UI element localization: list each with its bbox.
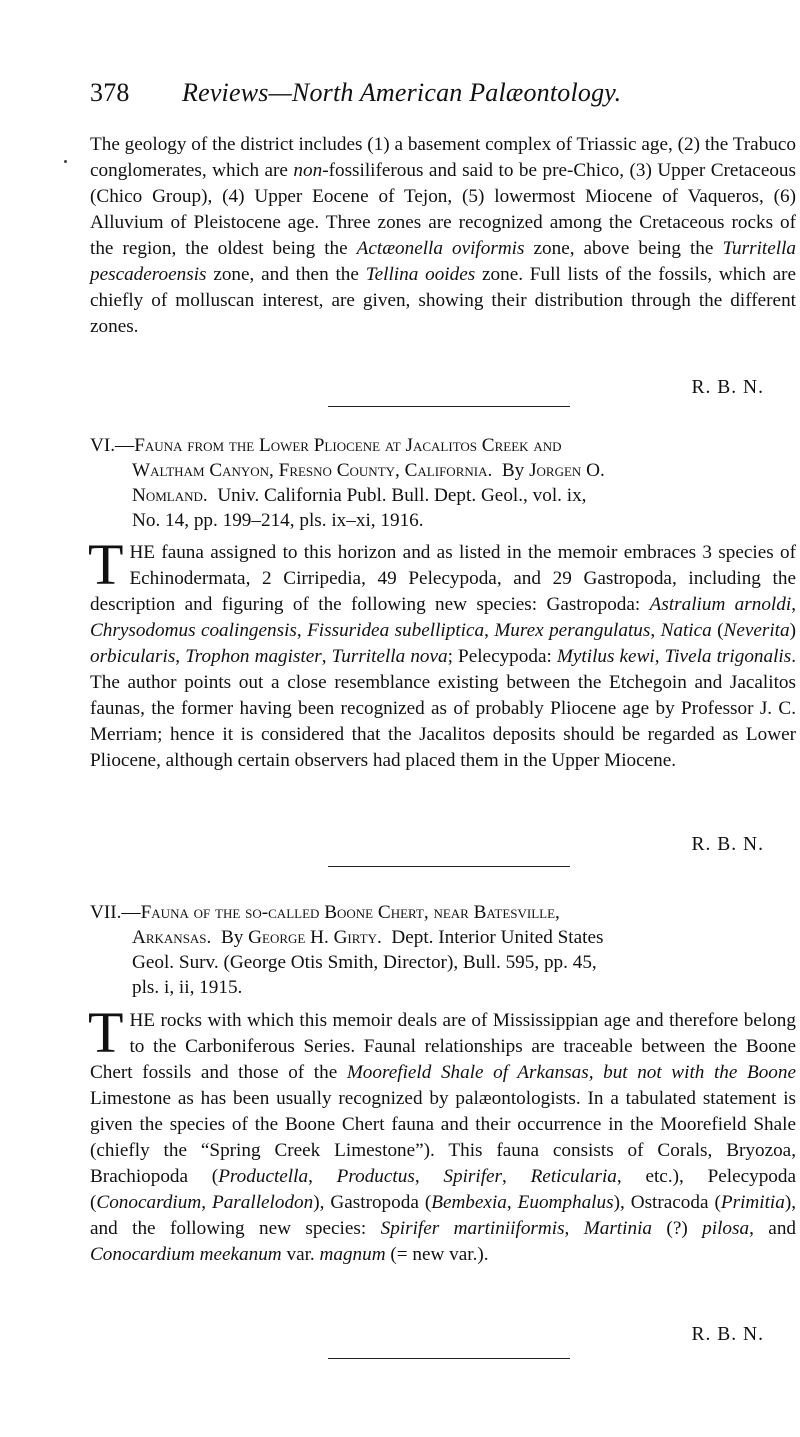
review-v-text: The geology of the district includes (1)… xyxy=(90,132,796,340)
heading-line: Arkansas. By George H. Girty. Dept. Inte… xyxy=(90,925,796,950)
review-v-signature: R. B. N. xyxy=(692,377,764,399)
review-vii-heading: VII.—Fauna of the so-called Boone Chert,… xyxy=(90,900,796,1000)
review-vii-text: HE rocks with which this memoir deals ar… xyxy=(90,1010,796,1265)
page-number: 378 xyxy=(90,78,182,108)
review-vii-body: THE rocks with which this memoir deals a… xyxy=(90,1008,796,1268)
heading-line: Waltham Canyon, Fresno County, Californi… xyxy=(90,458,796,483)
section-divider xyxy=(328,866,570,867)
heading-line: No. 14, pp. 199–214, pls. ix–xi, 1916. xyxy=(90,508,796,533)
heading-line: VI.—Fauna from the Lower Pliocene at Jac… xyxy=(90,433,796,458)
heading-line: Geol. Surv. (George Otis Smith, Director… xyxy=(90,950,796,975)
heading-line: VII.—Fauna of the so-called Boone Chert,… xyxy=(90,900,796,925)
section-divider xyxy=(328,406,570,407)
drop-cap: T xyxy=(88,1010,123,1056)
running-title: Reviews—North American Palæontology. xyxy=(182,78,621,107)
review-vi-signature: R. B. N. xyxy=(692,834,764,856)
section-divider xyxy=(328,1358,570,1359)
scan-speck xyxy=(64,160,67,163)
review-vii-signature: R. B. N. xyxy=(692,1324,764,1346)
review-vi-body: THE fauna assigned to this horizon and a… xyxy=(90,540,796,774)
review-vi-text: HE fauna assigned to this horizon and as… xyxy=(90,542,796,771)
page-header: 378Reviews—North American Palæontology. xyxy=(90,78,621,108)
drop-cap: T xyxy=(88,542,123,588)
journal-page: 378Reviews—North American Palæontology. … xyxy=(0,0,800,1437)
heading-line: pls. i, ii, 1915. xyxy=(90,975,796,1000)
heading-line: Nomland. Univ. California Publ. Bull. De… xyxy=(90,483,796,508)
review-v-conclusion: The geology of the district includes (1)… xyxy=(90,132,796,340)
review-vi-heading: VI.—Fauna from the Lower Pliocene at Jac… xyxy=(90,433,796,533)
